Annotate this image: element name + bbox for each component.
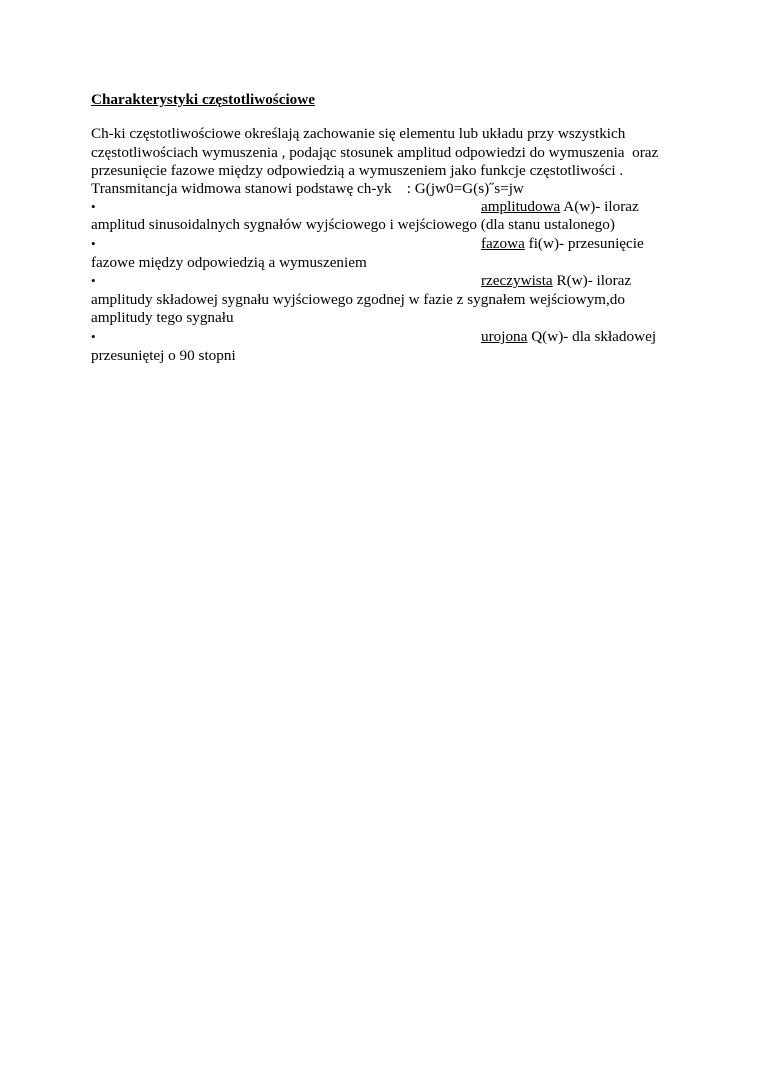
term-description: R(w)- iloraz bbox=[553, 272, 631, 289]
term-description: Q(w)- dla składowej bbox=[527, 328, 656, 345]
bullet-icon: • bbox=[91, 198, 96, 216]
bullet-icon: • bbox=[91, 235, 96, 253]
list-item-continuation: fazowe między odpowiedzią a wymuszeniem bbox=[91, 254, 367, 272]
list-item-continuation: amplitudy składowej sygnału wyjściowego … bbox=[91, 291, 625, 309]
term-description: A(w)- iloraz bbox=[560, 198, 638, 215]
term-amplitudowa: amplitudowa bbox=[481, 198, 560, 215]
bullet-icon: • bbox=[91, 272, 96, 290]
term-rzeczywista: rzeczywista bbox=[481, 272, 553, 289]
intro-line-2: częstotliwościach wymuszenia , podając s… bbox=[91, 144, 658, 162]
list-item-heading: rzeczywista R(w)- iloraz bbox=[481, 272, 631, 290]
term-urojona: urojona bbox=[481, 328, 527, 345]
bullet-icon: • bbox=[91, 328, 96, 346]
list-item-heading: fazowa fi(w)- przesunięcie bbox=[481, 235, 644, 253]
term-fazowa: fazowa bbox=[481, 235, 525, 252]
intro-line-1: Ch-ki częstotliwościowe określają zachow… bbox=[91, 125, 625, 143]
list-item-continuation: przesuniętej o 90 stopni bbox=[91, 347, 236, 365]
list-item-continuation: amplitudy tego sygnału bbox=[91, 309, 234, 327]
term-description: fi(w)- przesunięcie bbox=[525, 235, 644, 252]
document-page: Charakterystyki częstotliwościowe Ch-ki … bbox=[0, 0, 760, 1075]
list-item-heading: amplitudowa A(w)- iloraz bbox=[481, 198, 639, 216]
intro-line-3: przesunięcie fazowe między odpowiedzią a… bbox=[91, 162, 623, 180]
document-title: Charakterystyki częstotliwościowe bbox=[91, 91, 315, 109]
list-item-continuation: amplitud sinusoidalnych sygnałów wyjścio… bbox=[91, 216, 615, 234]
intro-line-4: Transmitancja widmowa stanowi podstawę c… bbox=[91, 180, 524, 198]
list-item-heading: urojona Q(w)- dla składowej bbox=[481, 328, 656, 346]
